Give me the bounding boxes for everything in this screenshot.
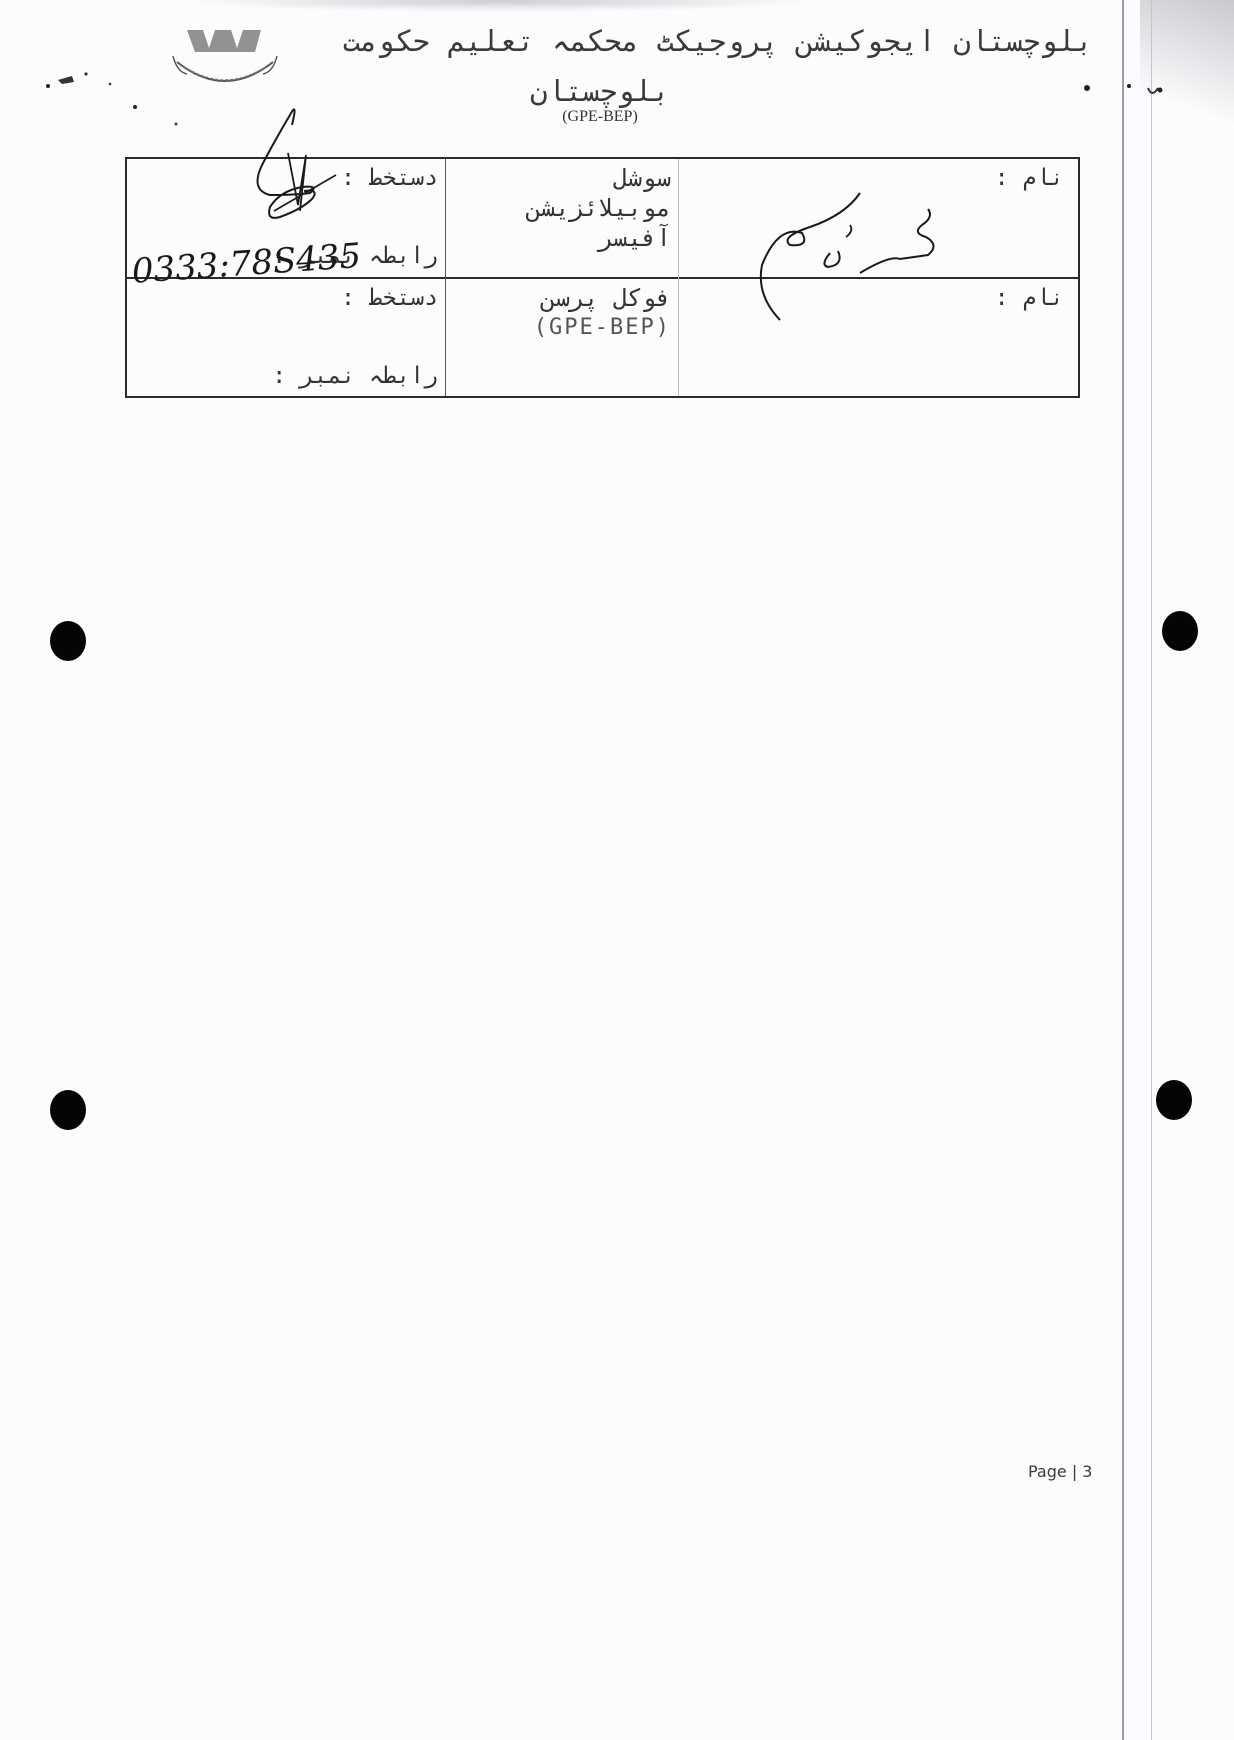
role-cell: فوکل پرسن (GPE-BEP) xyxy=(534,283,671,343)
punch-hole xyxy=(1156,1080,1192,1120)
signature-label: دستخط : xyxy=(341,165,438,191)
page-number: Page | 3 xyxy=(1028,1462,1092,1481)
scan-shadow-corner xyxy=(1140,0,1234,160)
punch-hole xyxy=(50,621,86,661)
role-line: موبیلائزیشن xyxy=(527,193,672,223)
page-edge-line xyxy=(1151,0,1152,1740)
contact-number-label: رابطہ نمبر : xyxy=(272,243,438,269)
table-column-divider xyxy=(445,159,446,396)
role-line: سوشل xyxy=(527,163,672,193)
table-row-divider xyxy=(127,277,1078,279)
scan-shadow xyxy=(180,0,820,12)
role-cell: سوشل موبیلائزیشن آفیسر xyxy=(527,163,672,253)
header-title-line1: بلوچستان ایجوکیشن پروجیکٹ محکمہ تعلیم حک… xyxy=(108,24,1093,64)
page-edge-line xyxy=(1122,0,1124,1740)
name-label: نام : xyxy=(995,165,1064,191)
header-abbreviation: (GPE-BEP) xyxy=(490,108,710,126)
role-line: (GPE-BEP) xyxy=(534,313,671,343)
role-line: آفیسر xyxy=(527,223,672,253)
role-line: فوکل پرسن xyxy=(534,283,671,313)
punch-hole xyxy=(1162,611,1198,651)
header-title-line2: بلوچستان xyxy=(440,74,760,110)
signature-label: دستخط : xyxy=(341,285,438,311)
contact-form-table: نام : سوشل موبیلائزیشن آفیسر دستخط : راب… xyxy=(125,157,1080,398)
name-label: نام : xyxy=(995,285,1064,311)
contact-number-label: رابطہ نمبر : xyxy=(272,363,438,389)
table-column-divider xyxy=(678,159,679,396)
punch-hole xyxy=(50,1090,86,1130)
